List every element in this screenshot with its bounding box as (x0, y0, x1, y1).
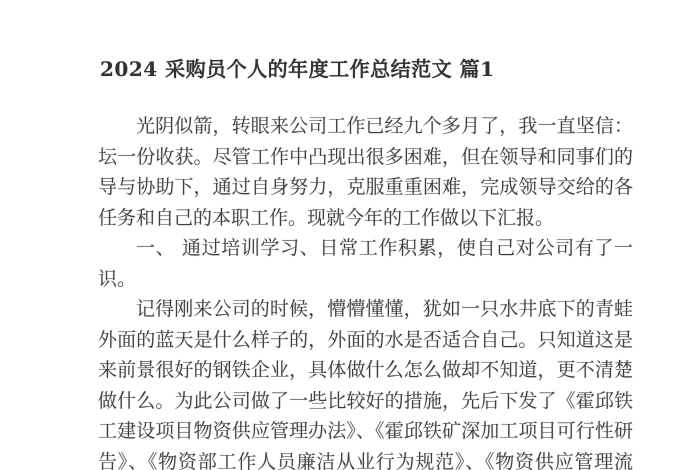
text-line: 告》、《物资部工作人员廉洁从业行为规范》、《物资供应管理流程》、《招 (98, 447, 633, 470)
text-line: 光阴似箭，转眼来公司工作已经九个多月了，我一直坚信：一份耕 (98, 111, 633, 142)
text-line: 记得刚来公司的时候，懵懵懂懂，犹如一只水井底下的青蛙不知道 (98, 294, 633, 325)
text-line: 工建设项目物资供应管理办法》、《霍邱铁矿深加工项目可行性研究报 (98, 416, 633, 447)
document-title: 2024 采购员个人的年度工作总结范文 篇1 (100, 56, 495, 82)
text-line: 任务和自己的本职工作。现就今年的工作做以下汇报。 (98, 203, 633, 234)
text-line: 来前景很好的钢铁企业，具体做什么怎么做却不知道，更不清楚自己该 (98, 355, 633, 386)
text-line: 识。 (98, 264, 633, 295)
document-page: 2024 采购员个人的年度工作总结范文 篇1 光阴似箭，转眼来公司工作已经九个多… (0, 0, 700, 470)
text-line: 做什么。为此公司做了一些比较好的措施，先后下发了《霍邱铁矿深加 (98, 386, 633, 417)
text-line: 导与协助下，通过自身努力，克服重重困难，完成领导交给的各项工作 (98, 172, 633, 203)
document-body: 光阴似箭，转眼来公司工作已经九个多月了，我一直坚信：一份耕 坛一份收获。尽管工作… (98, 111, 633, 470)
text-line: 一、 通过培训学习、日常工作积累，使自己对公司有了一定的认 (98, 233, 633, 264)
text-line: 外面的蓝天是什么样子的，外面的水是否适合自己。只知道这是一家未 (98, 325, 633, 356)
text-line: 坛一份收获。尽管工作中凸现出很多困难，但在领导和同事们的悉心指 (98, 142, 633, 173)
